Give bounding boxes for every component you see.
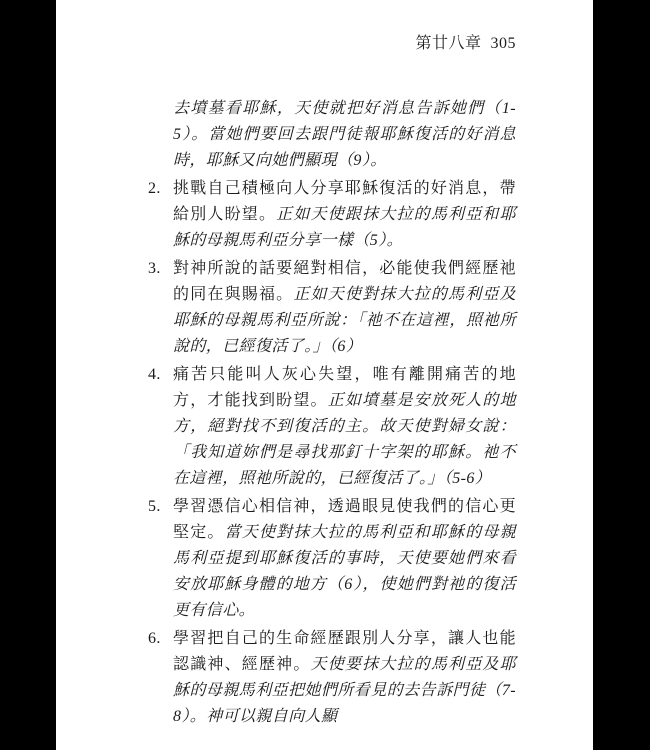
list-item: 5. 學習憑信心相信神，透過眼見使我們的信心更堅定。當天使對抹大拉的馬利亞和耶穌… xyxy=(56,494,593,624)
scripture-text: 當天使對抹大拉的馬利亞和耶穌的母親馬利亞提到耶穌復活的事時，天使要她們來看安放耶… xyxy=(173,524,516,619)
book-page: 第廿八章305 去墳墓看耶穌，天使就把好消息告訴她們（1-5）。當她們要回去跟門… xyxy=(56,0,593,750)
list-item: 4. 痛苦只能叫人灰心失望，唯有離開痛苦的地方，才能找到盼望。正如墳墓是安放死人… xyxy=(56,362,593,492)
item-text: 痛苦只能叫人灰心失望，唯有離開痛苦的地方，才能找到盼望。正如墳墓是安放死人的地方… xyxy=(173,366,516,487)
item-number: 4. xyxy=(148,362,161,388)
item-text: 學習把自己的生命經歷跟別人分享，讓人也能認識神、經歷神。天使要抹大拉的馬利亞及耶… xyxy=(173,630,516,725)
list-item: 去墳墓看耶穌，天使就把好消息告訴她們（1-5）。當她們要回去跟門徒報耶穌復活的好… xyxy=(56,96,593,174)
scan-viewer-background: 第廿八章305 去墳墓看耶穌，天使就把好消息告訴她們（1-5）。當她們要回去跟門… xyxy=(0,0,650,750)
item-number: 2. xyxy=(148,176,161,202)
list-item: 2. 挑戰自己積極向人分享耶穌復活的好消息，帶給別人盼望。正如天使跟抹大拉的馬利… xyxy=(56,176,593,254)
item-number: 6. xyxy=(148,626,161,652)
item-number: 5. xyxy=(148,494,161,520)
page-number: 305 xyxy=(491,35,517,52)
list-item: 6. 學習把自己的生命經歷跟別人分享，讓人也能認識神、經歷神。天使要抹大拉的馬利… xyxy=(56,626,593,730)
page-body: 去墳墓看耶穌，天使就把好消息告訴她們（1-5）。當她們要回去跟門徒報耶穌復活的好… xyxy=(56,96,593,730)
chapter-title: 第廿八章 xyxy=(415,35,481,52)
list-item: 3. 對神所說的話要絕對相信，必能使我們經歷祂的同在與賜福。正如天使對抹大拉的馬… xyxy=(56,256,593,360)
page-header: 第廿八章305 xyxy=(56,30,516,53)
item-text: 挑戰自己積極向人分享耶穌復活的好消息，帶給別人盼望。正如天使跟抹大拉的馬利亞和耶… xyxy=(173,180,516,249)
scripture-text: 去墳墓看耶穌，天使就把好消息告訴她們（1-5）。當她們要回去跟門徒報耶穌復活的好… xyxy=(173,100,516,169)
item-text: 對神所說的話要絕對相信，必能使我們經歷祂的同在與賜福。正如天使對抹大拉的馬利亞及… xyxy=(173,260,516,355)
item-text: 學習憑信心相信神，透過眼見使我們的信心更堅定。當天使對抹大拉的馬利亞和耶穌的母親… xyxy=(173,498,516,619)
item-number: 3. xyxy=(148,256,161,282)
item-text: 去墳墓看耶穌，天使就把好消息告訴她們（1-5）。當她們要回去跟門徒報耶穌復活的好… xyxy=(173,100,516,169)
